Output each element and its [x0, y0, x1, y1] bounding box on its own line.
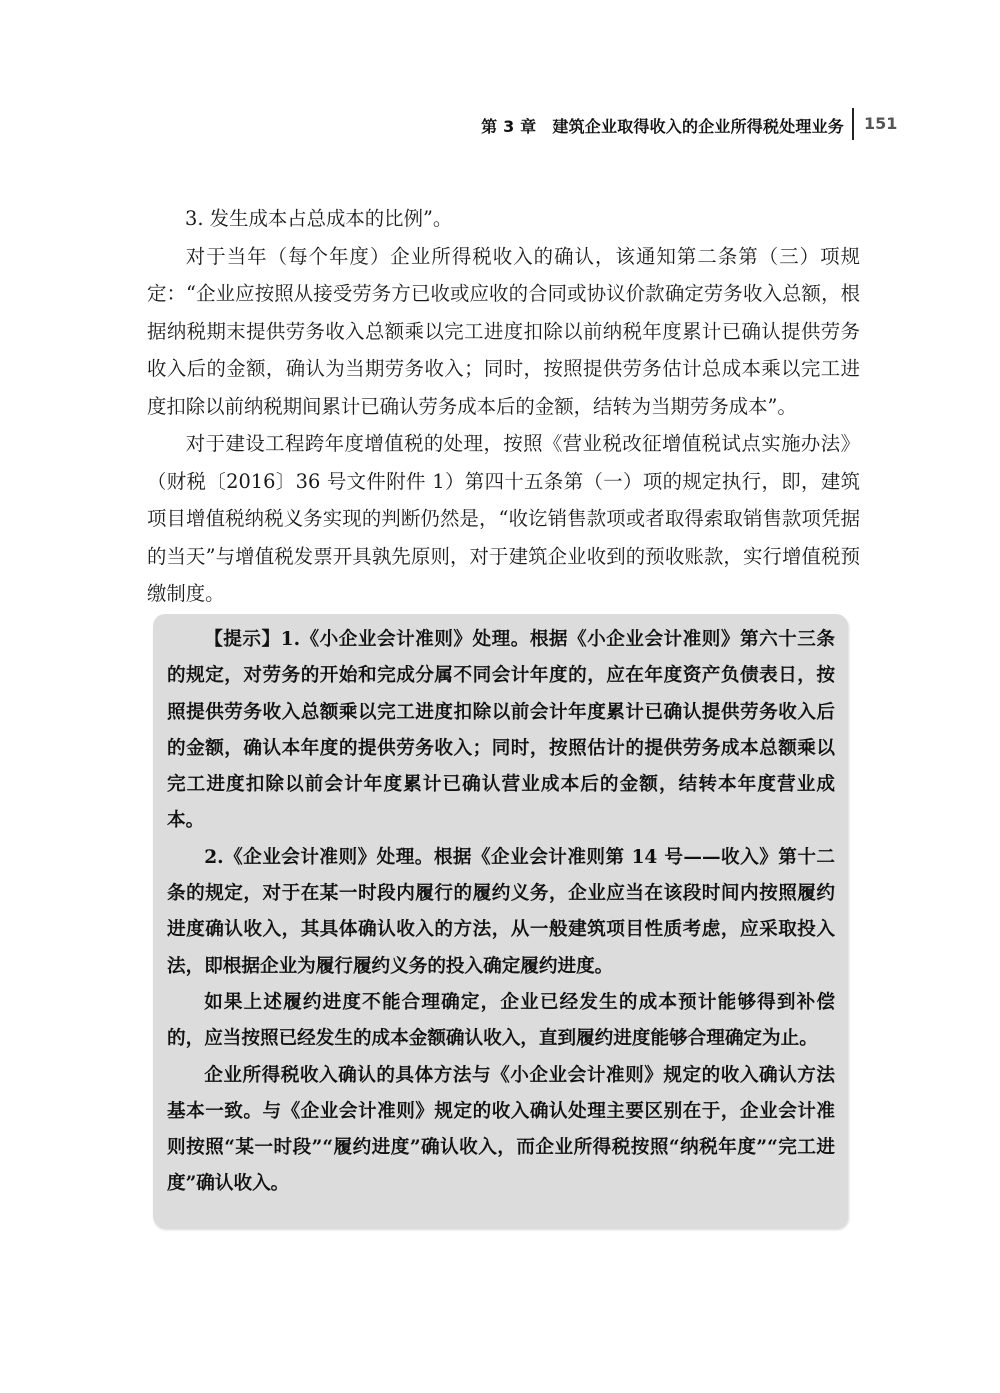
- tip-paragraph-tax-comparison: 企业所得税收入确认的具体方法与《小企业会计准则》规定的收入确认方法基本一致。与《…: [167, 1058, 835, 1203]
- tip-content: 【提示】1.《小企业会计准则》处理。根据《小企业会计准则》第六十三条的规定，对劳…: [167, 622, 835, 1203]
- tip-paragraph-uncertain-progress: 如果上述履约进度不能合理确定，企业已经发生的成本预计能够得到补偿的，应当按照已经…: [167, 985, 835, 1058]
- tip-label: 【提示】: [204, 629, 280, 650]
- paragraph-vat-treatment: 对于建设工程跨年度增值税的处理，按照《营业税改征增值税试点实施办法》（财税〔20…: [147, 425, 860, 613]
- body-text: 3. 发生成本占总成本的比例”。 对于当年（每个年度）企业所得税收入的确认，该通…: [147, 200, 860, 613]
- header-divider: [852, 108, 854, 140]
- page-number: 151: [864, 114, 897, 133]
- paragraph-list-item-3: 3. 发生成本占总成本的比例”。: [147, 200, 860, 238]
- paragraph-annual-recognition: 对于当年（每个年度）企业所得税收入的确认，该通知第二条第（三）项规定：“企业应按…: [147, 238, 860, 426]
- chapter-title: 建筑企业取得收入的企业所得税处理业务: [552, 117, 844, 136]
- tip-paragraph-small-enterprise: 【提示】1.《小企业会计准则》处理。根据《小企业会计准则》第六十三条的规定，对劳…: [167, 622, 835, 840]
- chapter-number: 第 3 章: [481, 117, 536, 136]
- running-header: 第 3 章建筑企业取得收入的企业所得税处理业务 151: [0, 108, 1000, 142]
- chapter-heading: 第 3 章建筑企业取得收入的企业所得税处理业务: [481, 114, 844, 137]
- tip-paragraph-text: 1.《小企业会计准则》处理。根据《小企业会计准则》第六十三条的规定，对劳务的开始…: [167, 629, 835, 831]
- tip-paragraph-enterprise-standards: 2.《企业会计准则》处理。根据《企业会计准则第 14 号——收入》第十二条的规定…: [167, 840, 835, 985]
